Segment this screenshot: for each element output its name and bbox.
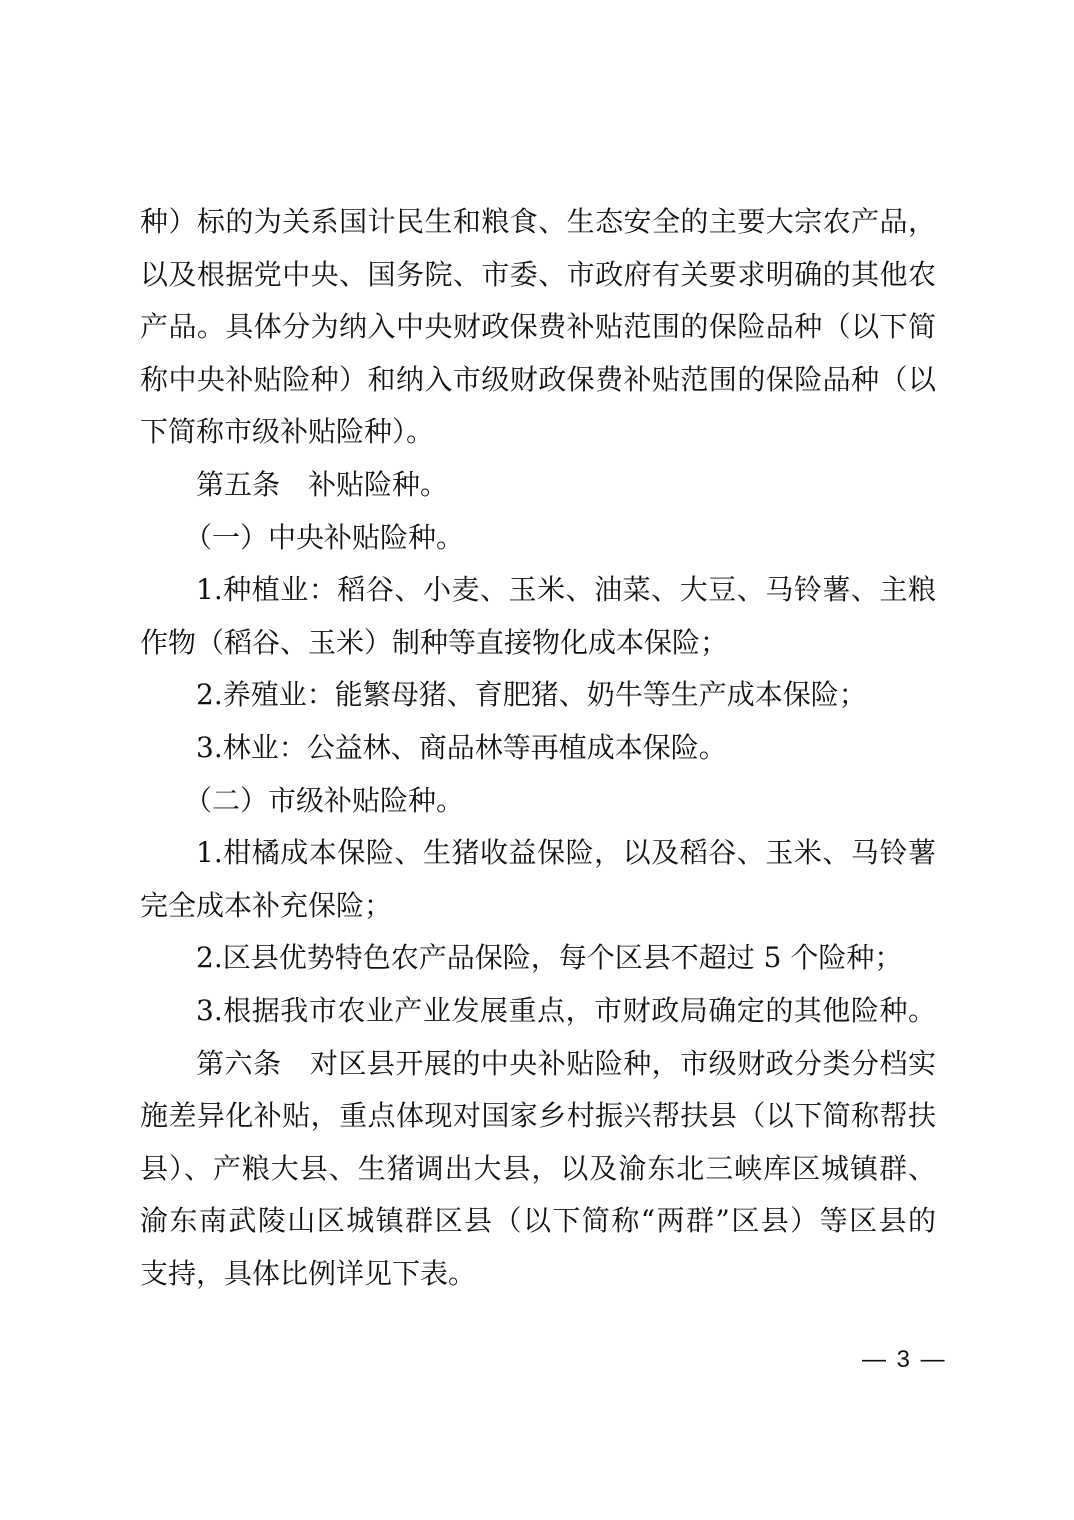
article-heading-5: 第五条 补贴险种。 xyxy=(140,459,936,512)
article-heading-6: 第六条 对区县开展的中央补贴险种，市级财政分类分档实 xyxy=(140,1038,936,1091)
page-number: — 3 — xyxy=(862,1346,947,1374)
text-line: 渝东南武陵山区城镇群区县（以下简称“两群”区县）等区县的 xyxy=(140,1195,936,1248)
text-line: 完全成本补充保险； xyxy=(140,880,936,933)
list-item: 1.种植业：稻谷、小麦、玉米、油菜、大豆、马铃薯、主粮 xyxy=(140,564,936,617)
text-line: 下简称市级补贴险种）。 xyxy=(140,406,936,459)
text-line: 作物（稻谷、玉米）制种等直接物化成本保险； xyxy=(140,617,936,670)
text-line: 种）标的为关系国计民生和粮食、生态安全的主要大宗农产品， xyxy=(140,196,936,249)
text-line: 县）、产粮大县、生猪调出大县，以及渝东北三峡库区城镇群、 xyxy=(140,1143,936,1196)
text-line: 支持，具体比例详见下表。 xyxy=(140,1248,936,1301)
document-page: 种）标的为关系国计民生和粮食、生态安全的主要大宗农产品， 以及根据党中央、国务院… xyxy=(140,196,936,1300)
list-item: 3.根据我市农业产业发展重点，市财政局确定的其他险种。 xyxy=(140,985,936,1038)
section-heading-central: （一）中央补贴险种。 xyxy=(140,512,936,565)
list-item: 1.柑橘成本保险、生猪收益保险，以及稻谷、玉米、马铃薯 xyxy=(140,827,936,880)
text-line: 产品。具体分为纳入中央财政保费补贴范围的保险品种（以下简 xyxy=(140,301,936,354)
list-item: 3.林业：公益林、商品林等再植成本保险。 xyxy=(140,722,936,775)
text-line: 称中央补贴险种）和纳入市级财政保费补贴范围的保险品种（以 xyxy=(140,354,936,407)
text-line: 以及根据党中央、国务院、市委、市政府有关要求明确的其他农 xyxy=(140,249,936,302)
text-line: 施差异化补贴，重点体现对国家乡村振兴帮扶县（以下简称帮扶 xyxy=(140,1090,936,1143)
list-item: 2.养殖业：能繁母猪、育肥猪、奶牛等生产成本保险； xyxy=(140,669,936,722)
list-item: 2.区县优势特色农产品保险，每个区县不超过 5 个险种； xyxy=(140,932,936,985)
section-heading-municipal: （二）市级补贴险种。 xyxy=(140,775,936,828)
